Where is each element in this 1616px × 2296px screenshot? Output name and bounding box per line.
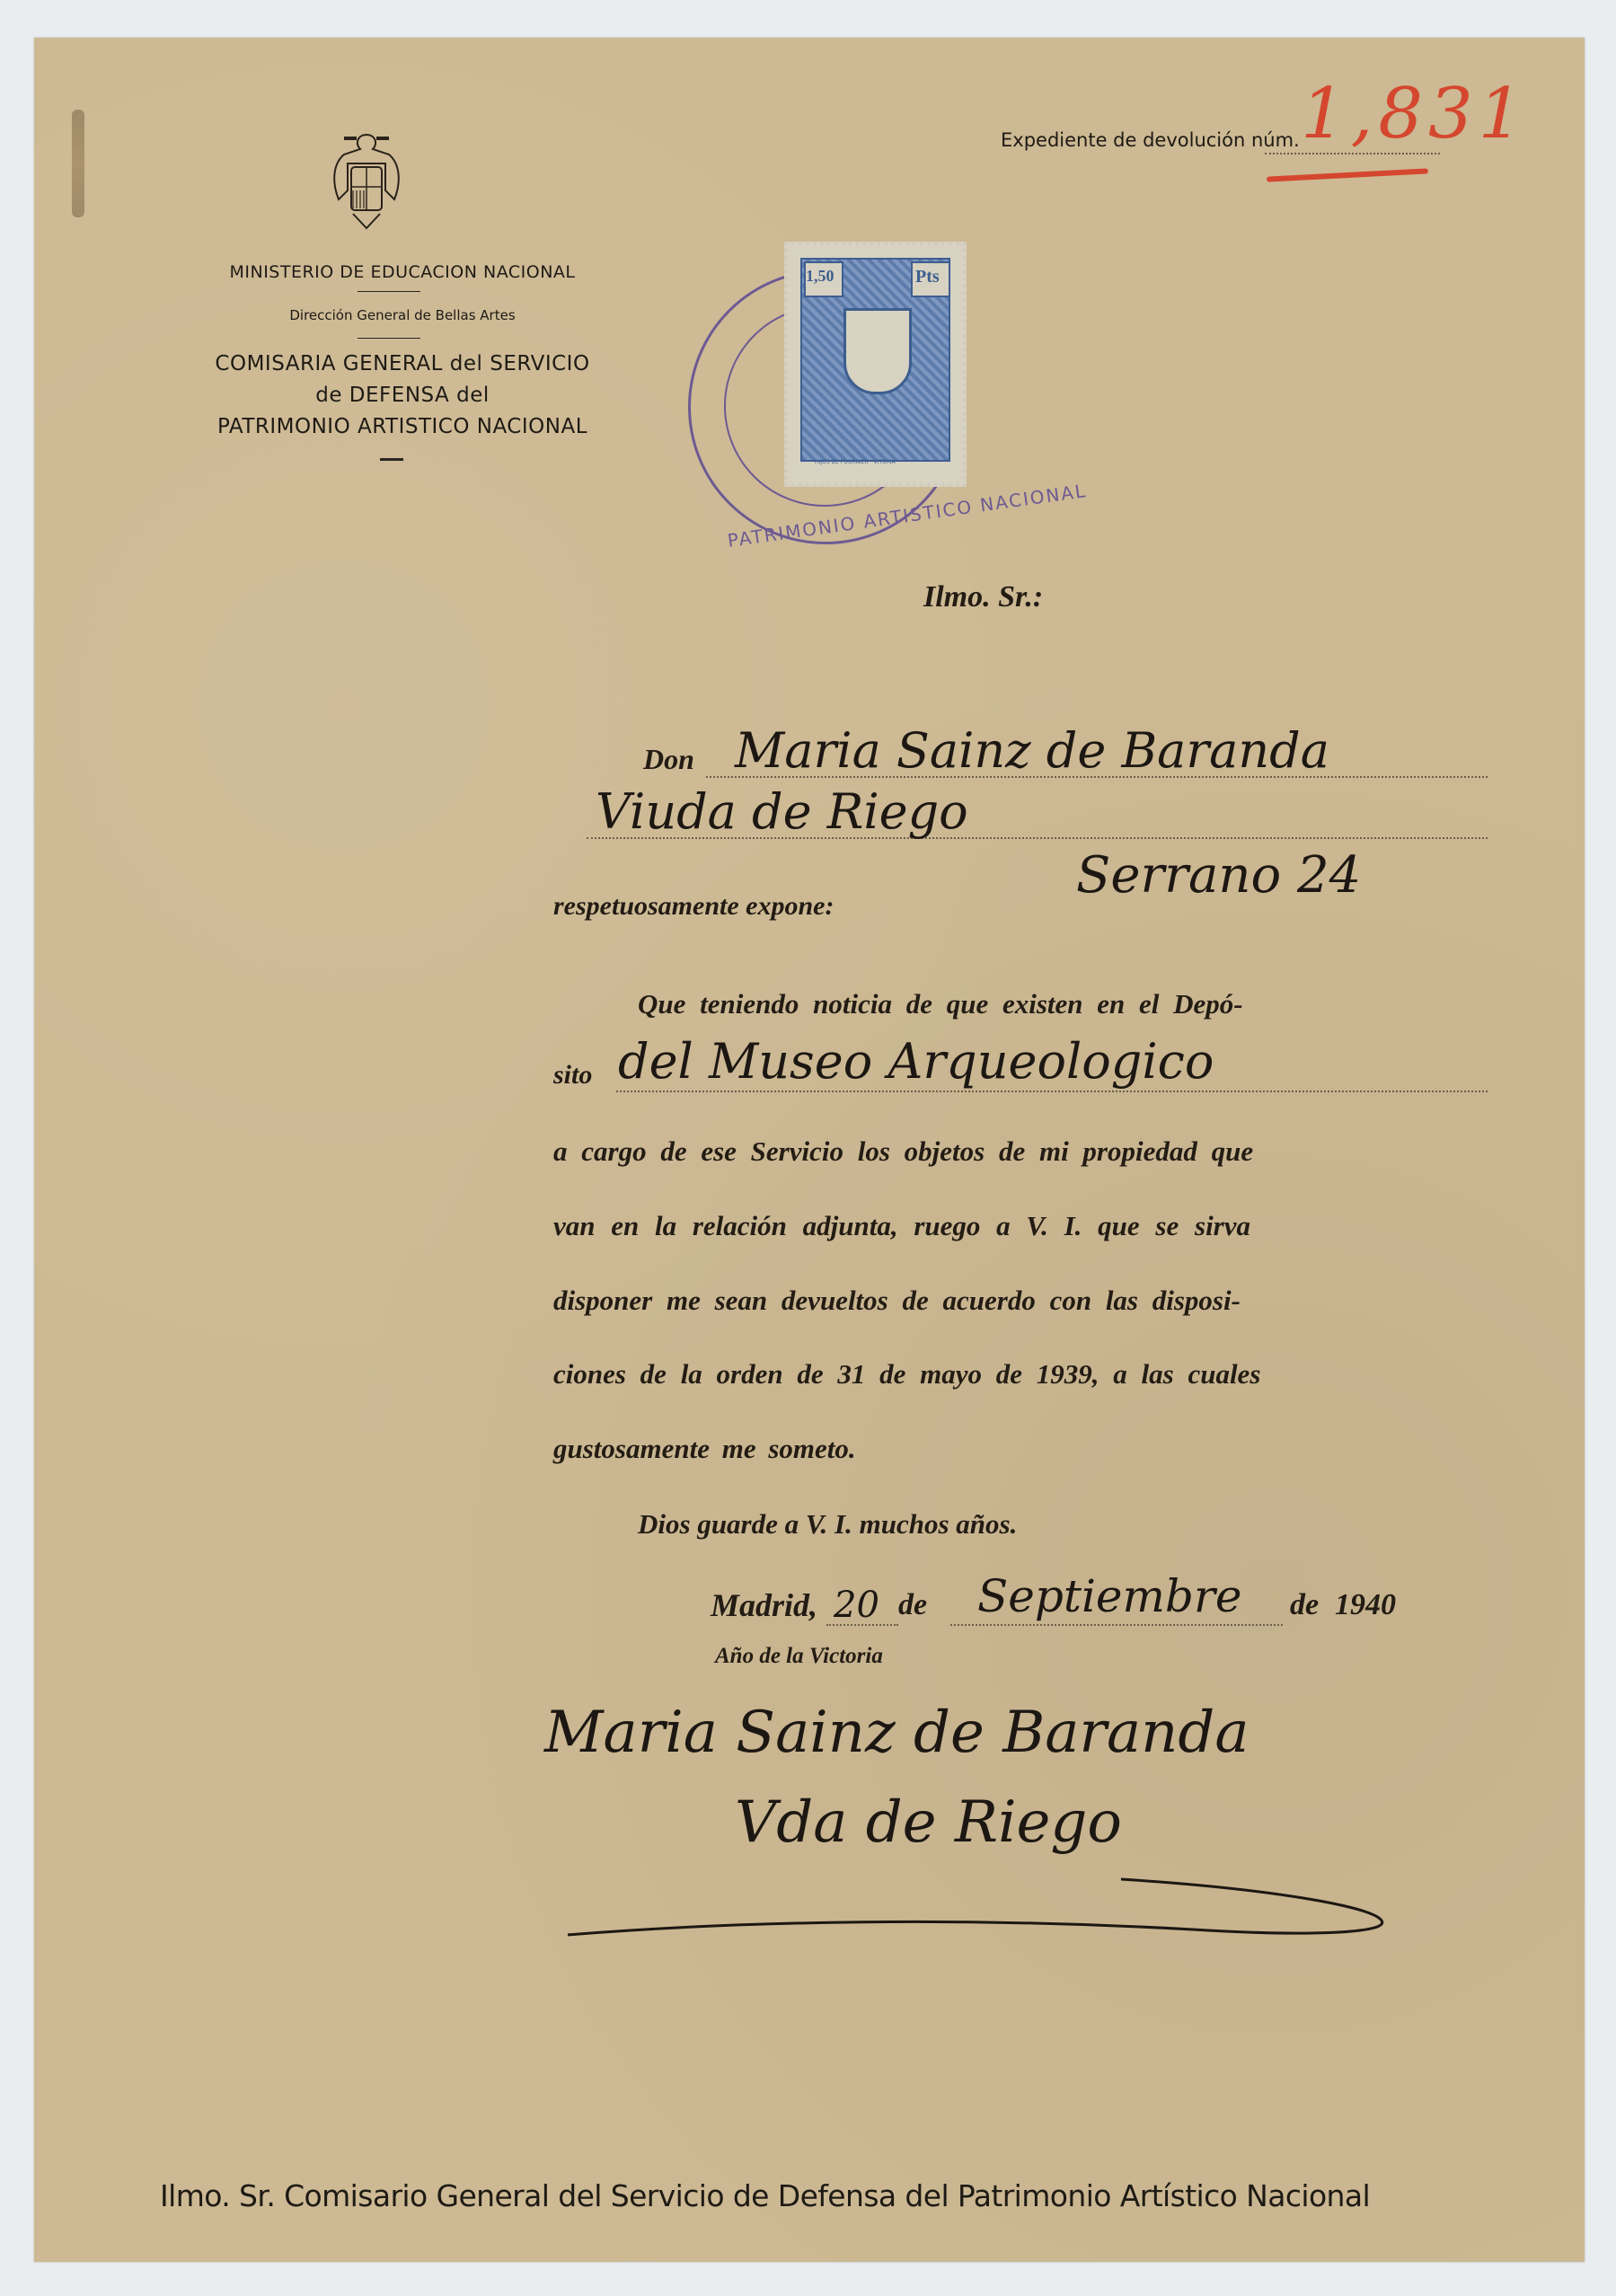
petitioner-address: Serrano 24	[1076, 846, 1361, 905]
petitioner-name-1: Maria Sainz de Baranda	[735, 722, 1329, 779]
body-line-2-prefix: sito	[553, 1060, 592, 1091]
body-line-3: a cargo de ese Servicio los objetos de m…	[553, 1135, 1253, 1168]
ministry-name: MINISTERIO DE EDUCACION NACIONAL	[151, 262, 654, 282]
stamp-shield-icon	[843, 308, 912, 394]
divider	[358, 291, 420, 292]
stamp-printer: HIJOS DE FOURNIER · VITORIA	[815, 459, 896, 465]
body-line-5: disponer me sean devueltos de acuerdo co…	[553, 1285, 1241, 1317]
commission-line-2: de DEFENSA del	[151, 384, 654, 407]
file-number-label: Expediente de devolución núm.	[1001, 129, 1300, 151]
divider	[380, 458, 403, 461]
signature-flourish	[564, 1870, 1426, 1942]
commission-line-1: COMISARIA GENERAL del SERVICIO	[151, 352, 654, 375]
signature-line-1: Maria Sainz de Baranda	[544, 1700, 1249, 1766]
divider	[358, 338, 420, 339]
petitioner-name-2: Viuda de Riego	[596, 783, 968, 840]
staple-mark	[72, 110, 84, 217]
closing: Dios guarde a V. I. muchos años.	[638, 1508, 1017, 1541]
revenue-stamp: 1,50 Pts HIJOS DE FOURNIER · VITORIA	[784, 242, 967, 487]
file-number-value: 1,831	[1301, 74, 1528, 155]
date-year: 1940	[1335, 1588, 1396, 1622]
date-era: Año de la Victoria	[715, 1644, 883, 1669]
body-line-4: van en la relación adjunta, ruego a V. I…	[553, 1210, 1250, 1242]
stamp-currency: Pts	[915, 267, 940, 287]
date-day: 20	[834, 1585, 879, 1626]
body-line-1: Que teniendo noticia de que existen en e…	[638, 988, 1243, 1020]
deposit-location: del Museo Arqueologico	[618, 1033, 1214, 1090]
coat-of-arms-icon	[326, 128, 407, 235]
body-line-7: gustosamente me someto.	[553, 1433, 856, 1465]
date-month: Septiembre	[977, 1570, 1241, 1622]
date-de-1: de	[898, 1588, 927, 1622]
body-line-6: ciones de la orden de 31 de mayo de 1939…	[553, 1358, 1260, 1391]
date-de-2: de	[1290, 1588, 1319, 1622]
date-month-line	[950, 1624, 1283, 1626]
deposit-location-line	[616, 1091, 1488, 1092]
document-page: MINISTERIO DE EDUCACION NACIONAL Direcci…	[34, 38, 1585, 2262]
addressee-footer: Ilmo. Sr. Comisario General del Servicio…	[160, 2178, 1370, 2213]
file-number-underline	[1267, 168, 1428, 181]
stamp-denomination: 1,50	[806, 267, 834, 286]
expone-label: respetuosamente expone:	[553, 891, 834, 922]
salutation: Ilmo. Sr.:	[923, 580, 1043, 614]
date-city: Madrid,	[711, 1586, 817, 1624]
direction-name: Dirección General de Bellas Artes	[151, 307, 654, 323]
signature-line-2: Vda de Riego	[735, 1789, 1122, 1856]
petitioner-prefix: Don	[643, 743, 694, 776]
commission-line-3: PATRIMONIO ARTISTICO NACIONAL	[151, 415, 654, 438]
